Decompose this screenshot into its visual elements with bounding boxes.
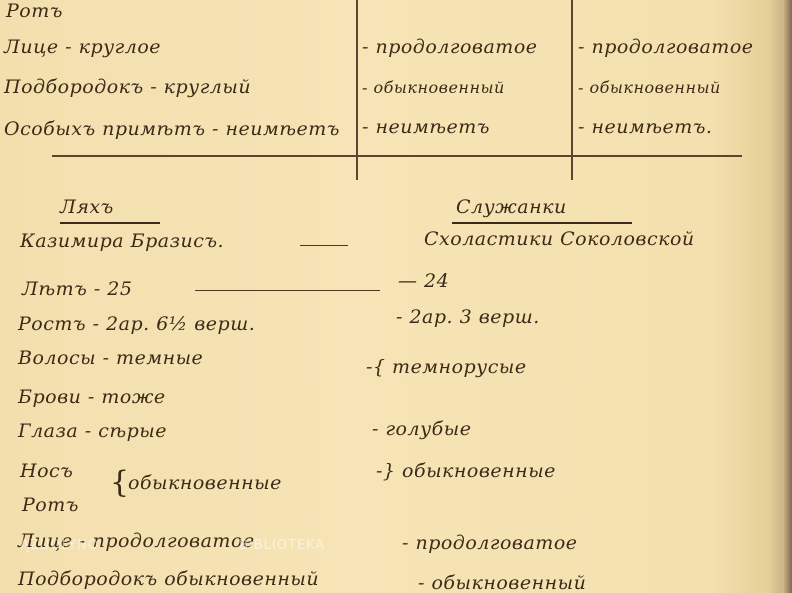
table-column-divider-1 [356, 0, 358, 180]
table-bottom-rule [52, 155, 742, 157]
row-label-eyes: Глаза - сѣрые [18, 420, 167, 442]
row-value-nose: -} обыкновенные [376, 460, 556, 482]
row-label-eyebrows: Брови - тоже [18, 386, 166, 408]
row-value-hair: -{ темнорусые [366, 356, 527, 378]
row-value-face-col1: - продолговатое [362, 36, 538, 58]
row-label-mouth: Ротъ [6, 0, 63, 22]
person-left-name: Казимира Бразисъ. [20, 230, 224, 252]
watermark-left-text: ĄŽUOLYNO [20, 538, 99, 553]
heading-right-underline [452, 222, 632, 224]
row-value-chin-col2: - обыкновенный [578, 78, 721, 97]
watermark-right-text: BIBLIOTEKA [239, 538, 325, 553]
row-label-mouth-lower: Ротъ [22, 494, 79, 516]
row-value-chin-col1: - обыкновенный [362, 78, 505, 97]
person-right-name: Схоластики Соколовской [424, 228, 695, 250]
row-value-eyes: - голубые [372, 418, 471, 440]
row-value-marks-col2: - неимѣетъ. [578, 116, 712, 138]
row-label-chin: Подбородокъ - круглый [4, 76, 251, 98]
heading-left-underline [60, 222, 160, 224]
brace-nose-mouth: { [110, 468, 129, 498]
row-label-nose: Носъ [20, 460, 73, 482]
heading-right: Служанки [456, 196, 567, 218]
row-value-height: - 2ар. 3 верш. [396, 306, 540, 328]
row-label-height: Ростъ - 2ар. 6½ верш. [18, 313, 255, 335]
row-value-chin-lower: - обыкновенный [418, 572, 586, 593]
manuscript-page: Ротъ Лице - круглое - продолговатое - пр… [0, 0, 792, 593]
row-label-age: Лѣтъ - 25 [22, 278, 132, 300]
brace-note-nose-mouth: обыкновенные [128, 472, 282, 494]
name-filler-line [300, 245, 348, 246]
row-value-face-col2: - продолговатое [578, 36, 754, 58]
row-value-marks-col1: - неимѣетъ [362, 116, 490, 138]
heading-left: Ляхъ [60, 196, 114, 218]
row-value-age: — 24 [398, 270, 449, 292]
row-label-special-marks: Особыхъ примѣтъ - неимѣетъ [4, 118, 340, 140]
row-label-hair: Волосы - темные [18, 347, 203, 369]
table-column-divider-2 [571, 0, 573, 180]
row-label-chin-lower: Подбородокъ обыкновенный [18, 568, 319, 590]
row-label-face: Лице - круглое [4, 36, 161, 58]
age-filler-line [195, 290, 380, 291]
page-binding-edge [782, 0, 792, 593]
library-watermark: ĄŽUOLYNOBIBLIOTEKA [20, 538, 465, 553]
